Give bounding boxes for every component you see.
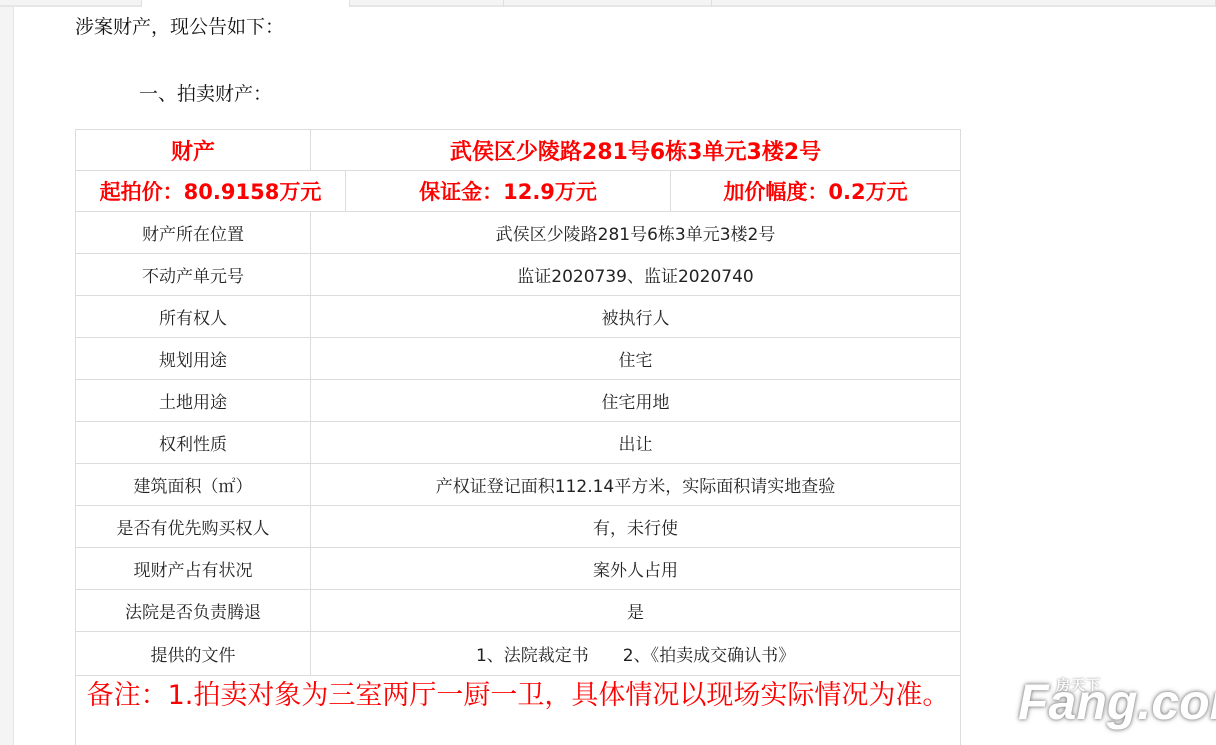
row-value: 有，未行使 [311, 506, 961, 548]
row-label: 建筑面积（㎡） [76, 464, 311, 506]
table-row: 法院是否负责腾退 是 [76, 590, 961, 632]
table-row: 财产所在位置 武侯区少陵路281号6栋3单元3楼2号 [76, 212, 961, 254]
auction-property-table: 财产 武侯区少陵路281号6栋3单元3楼2号 起拍价：80.9158万元 保证金… [75, 129, 961, 745]
row-value: 产权证登记面积112.14平方米，实际面积请实地查验 [311, 464, 961, 506]
note-text: 备注：1.拍卖对象为三室两厅一厨一卫，具体情况以现场实际情况为准。 [76, 676, 961, 745]
table-row: 土地用途 住宅用地 [76, 380, 961, 422]
note-row: 备注：1.拍卖对象为三室两厅一厨一卫，具体情况以现场实际情况为准。 [76, 676, 961, 745]
row-label: 权利性质 [76, 422, 311, 464]
watermark-brand: Fang.com [1018, 677, 1216, 727]
table-row: 提供的文件 1、法院裁定书 2、《拍卖成交确认书》 [76, 632, 961, 676]
row-label: 土地用途 [76, 380, 311, 422]
property-header-value: 武侯区少陵路281号6栋3单元3楼2号 [311, 130, 961, 171]
row-label: 规划用途 [76, 338, 311, 380]
row-label: 提供的文件 [76, 632, 311, 676]
property-header-label: 财产 [76, 130, 311, 171]
property-header-row: 财产 武侯区少陵路281号6栋3单元3楼2号 [76, 130, 961, 171]
intro-text: 涉案财产，现公告如下： [75, 12, 284, 39]
pricing-row: 起拍价：80.9158万元 保证金：12.9万元 加价幅度：0.2万元 [76, 171, 961, 212]
table-row: 不动产单元号 监证2020739、监证2020740 [76, 254, 961, 296]
row-value: 武侯区少陵路281号6栋3单元3楼2号 [311, 212, 961, 254]
bid-increment: 加价幅度：0.2万元 [671, 171, 961, 212]
row-label: 所有权人 [76, 296, 311, 338]
tab-3[interactable] [350, 0, 504, 7]
tab-2[interactable] [142, 0, 350, 7]
row-value: 案外人占用 [311, 548, 961, 590]
row-value: 1、法院裁定书 2、《拍卖成交确认书》 [311, 632, 961, 676]
row-value: 监证2020739、监证2020740 [311, 254, 961, 296]
deposit: 保证金：12.9万元 [346, 171, 671, 212]
watermark-brand-cn: 房天下 [1056, 675, 1101, 695]
row-label: 不动产单元号 [76, 254, 311, 296]
row-value: 住宅用地 [311, 380, 961, 422]
fang-watermark-logo: Fang.com 房天下 [1018, 673, 1200, 733]
row-value: 被执行人 [311, 296, 961, 338]
row-label: 法院是否负责腾退 [76, 590, 311, 632]
tab-1[interactable] [14, 0, 142, 7]
row-value: 住宅 [311, 338, 961, 380]
table-row: 现财产占有状况 案外人占用 [76, 548, 961, 590]
row-label: 现财产占有状况 [76, 548, 311, 590]
table-row: 建筑面积（㎡） 产权证登记面积112.14平方米，实际面积请实地查验 [76, 464, 961, 506]
row-value: 出让 [311, 422, 961, 464]
section-title: 一、拍卖财产： [139, 79, 272, 106]
row-label: 是否有优先购买权人 [76, 506, 311, 548]
tab-5[interactable] [712, 0, 1216, 7]
table-row: 所有权人 被执行人 [76, 296, 961, 338]
table-row: 是否有优先购买权人 有，未行使 [76, 506, 961, 548]
row-label: 财产所在位置 [76, 212, 311, 254]
table-row: 规划用途 住宅 [76, 338, 961, 380]
table-row: 权利性质 出让 [76, 422, 961, 464]
left-gutter [0, 7, 14, 745]
tab-4[interactable] [504, 0, 712, 7]
start-price: 起拍价：80.9158万元 [76, 171, 346, 212]
row-value: 是 [311, 590, 961, 632]
tab-strip [0, 0, 1216, 7]
